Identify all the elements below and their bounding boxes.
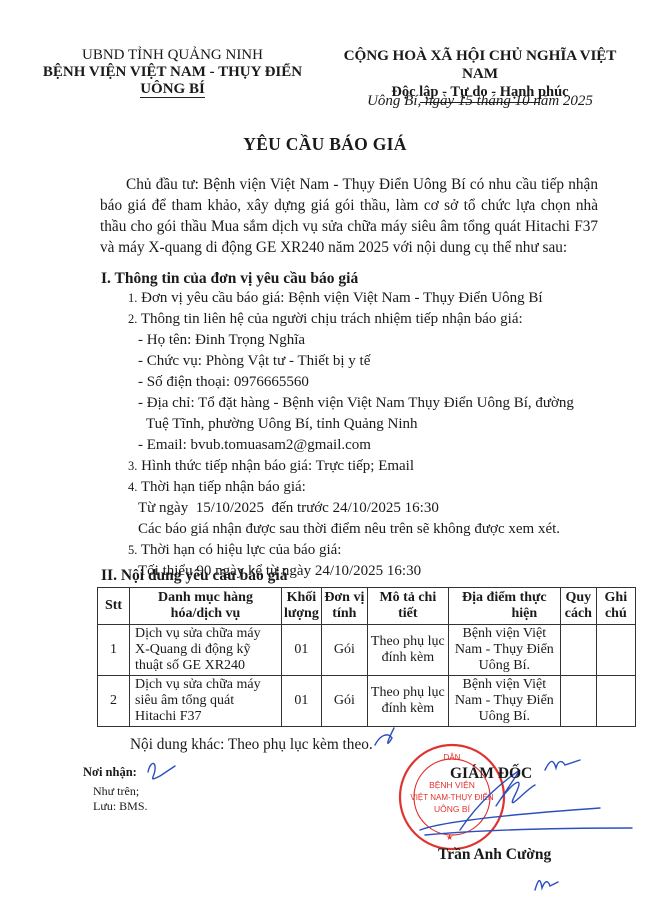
svg-text:DÂN: DÂN [444,753,461,762]
signer-name: Trần Anh Cường [438,846,551,864]
initial-icon [535,881,558,890]
initial-icon [375,728,394,745]
stamp-and-signatures: DÂN BỆNH VIỆN VIỆT NAM-THỤY ĐIỂN UÔNG BÍ… [0,0,650,920]
svg-text:VIỆT NAM-THỤY ĐIỂN: VIỆT NAM-THỤY ĐIỂN [410,793,493,802]
signer-title: GIÁM ĐỐC [450,765,532,783]
initial-icon [148,763,175,778]
initial-icon [545,760,580,770]
svg-text:UÔNG BÍ: UÔNG BÍ [434,804,471,814]
svg-text:★: ★ [446,833,453,842]
signature-stroke-icon [425,828,632,835]
